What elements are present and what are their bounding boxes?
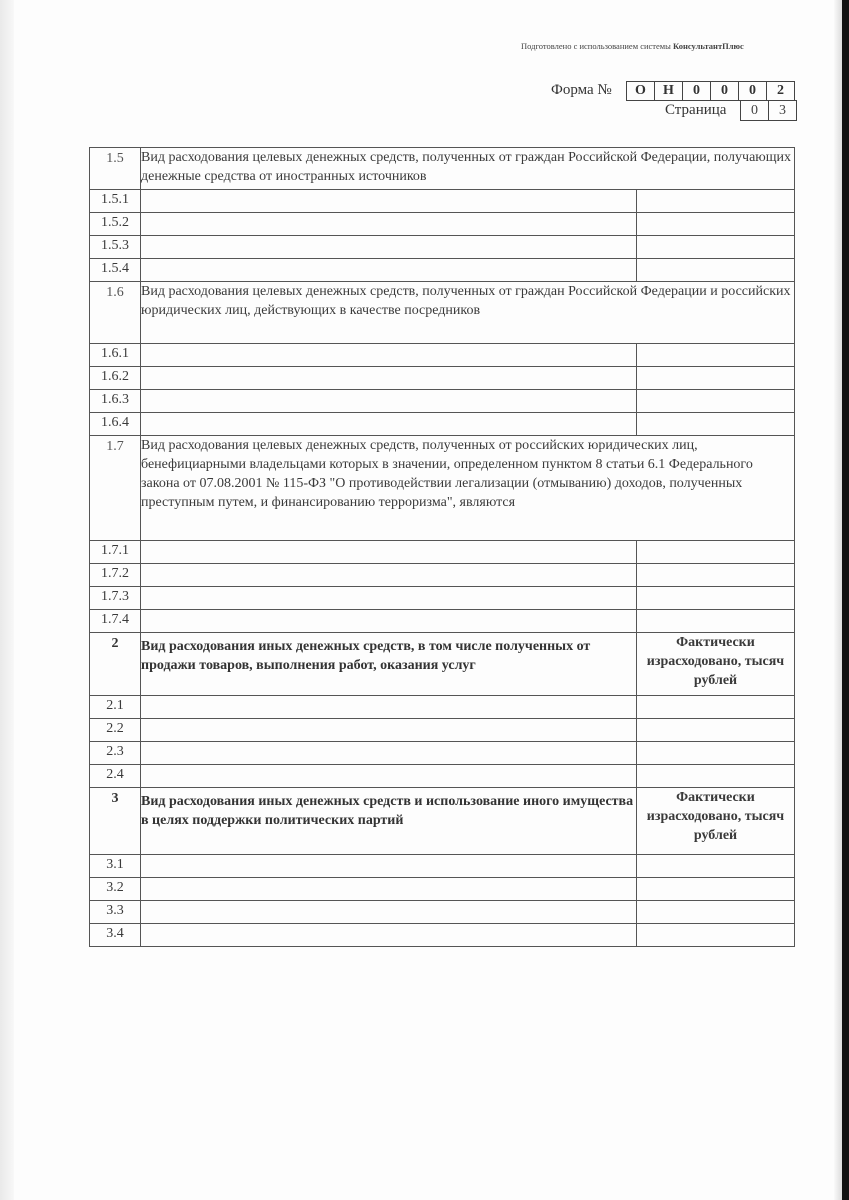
page-number-cell: 0 xyxy=(741,101,769,120)
row-number: 1.7.4 xyxy=(90,610,141,633)
amount-field[interactable] xyxy=(637,236,795,259)
scan-right-edge xyxy=(842,0,849,1200)
table-row: 1.5.2 xyxy=(90,213,795,236)
amount-field[interactable] xyxy=(637,259,795,282)
expense-type-field[interactable] xyxy=(141,390,637,413)
table-row: 1.6.4 xyxy=(90,413,795,436)
row-number: 1.6.4 xyxy=(90,413,141,436)
table-row: 1.6.3 xyxy=(90,390,795,413)
expense-type-field[interactable] xyxy=(141,259,637,282)
table-row: 1.7.1 xyxy=(90,541,795,564)
form-number-cell: 0 xyxy=(711,82,739,100)
section-number: 3 xyxy=(90,788,141,855)
form-number-box: О Н 0 0 0 2 xyxy=(626,81,795,101)
expense-type-field[interactable] xyxy=(141,610,637,633)
row-number: 1.5.4 xyxy=(90,259,141,282)
expense-type-field[interactable] xyxy=(141,236,637,259)
scan-left-edge xyxy=(0,0,14,1200)
row-number: 1.7.2 xyxy=(90,564,141,587)
amount-field[interactable] xyxy=(637,719,795,742)
table-row: 2.4 xyxy=(90,765,795,788)
value-column-header: Фактически израсходовано, тысяч рублей xyxy=(637,633,795,696)
table-row: 2.2 xyxy=(90,719,795,742)
section-title: Вид расходования целевых денежных средст… xyxy=(141,436,795,541)
table-row: 1.7.3 xyxy=(90,587,795,610)
form-number-cell: Н xyxy=(655,82,683,100)
amount-field[interactable] xyxy=(637,367,795,390)
expense-type-field[interactable] xyxy=(141,901,637,924)
row-number: 2.4 xyxy=(90,765,141,788)
scan-right-shade xyxy=(834,0,842,1200)
row-number: 1.5.3 xyxy=(90,236,141,259)
table-row: 3.3 xyxy=(90,901,795,924)
expense-type-field[interactable] xyxy=(141,696,637,719)
table-row: 2.3 xyxy=(90,742,795,765)
amount-field[interactable] xyxy=(637,541,795,564)
row-number: 3.3 xyxy=(90,901,141,924)
section-number: 1.7 xyxy=(90,436,141,541)
form-number-cell: 0 xyxy=(683,82,711,100)
expense-type-field[interactable] xyxy=(141,765,637,788)
amount-field[interactable] xyxy=(637,190,795,213)
form-number-label: Форма № xyxy=(551,82,612,99)
form-number-cell: 0 xyxy=(739,82,767,100)
amount-field[interactable] xyxy=(637,924,795,947)
section-title: Вид расходования целевых денежных средст… xyxy=(141,148,795,190)
value-column-header: Фактически израсходовано, тысяч рублей xyxy=(637,788,795,855)
expense-type-field[interactable] xyxy=(141,344,637,367)
row-number: 1.7.1 xyxy=(90,541,141,564)
section-header-row: 2Вид расходования иных денежных средств,… xyxy=(90,633,795,696)
expense-type-field[interactable] xyxy=(141,878,637,901)
table-row: 1.6.2 xyxy=(90,367,795,390)
row-number: 1.6.1 xyxy=(90,344,141,367)
page-number-label: Страница xyxy=(665,102,726,119)
section-header-row: 3Вид расходования иных денежных средств … xyxy=(90,788,795,855)
section-number: 1.5 xyxy=(90,148,141,190)
expense-type-field[interactable] xyxy=(141,213,637,236)
amount-field[interactable] xyxy=(637,610,795,633)
row-number: 3.4 xyxy=(90,924,141,947)
amount-field[interactable] xyxy=(637,696,795,719)
expense-type-field[interactable] xyxy=(141,367,637,390)
section-title: Вид расходования целевых денежных средст… xyxy=(141,282,795,344)
amount-field[interactable] xyxy=(637,344,795,367)
expenditure-table: 1.5Вид расходования целевых денежных сре… xyxy=(89,147,795,947)
row-number: 1.6.3 xyxy=(90,390,141,413)
amount-field[interactable] xyxy=(637,564,795,587)
amount-field[interactable] xyxy=(637,390,795,413)
table-row: 1.5.4 xyxy=(90,259,795,282)
expense-type-field[interactable] xyxy=(141,587,637,610)
amount-field[interactable] xyxy=(637,587,795,610)
expense-type-field[interactable] xyxy=(141,855,637,878)
table-row: 1.5.1 xyxy=(90,190,795,213)
section-number: 2 xyxy=(90,633,141,696)
table-row: 1.7.4 xyxy=(90,610,795,633)
table-row: 1.5.3 xyxy=(90,236,795,259)
row-number: 1.7.3 xyxy=(90,587,141,610)
row-number: 2.3 xyxy=(90,742,141,765)
table-row: 3.4 xyxy=(90,924,795,947)
form-number-cell: О xyxy=(627,82,655,100)
expense-type-field[interactable] xyxy=(141,742,637,765)
row-number: 1.5.2 xyxy=(90,213,141,236)
expense-type-field[interactable] xyxy=(141,719,637,742)
expense-type-field[interactable] xyxy=(141,564,637,587)
section-number: 1.6 xyxy=(90,282,141,344)
section-title: Вид расходования иных денежных средств, … xyxy=(141,633,637,696)
table-row: 1.6.1 xyxy=(90,344,795,367)
page-number-cell: 3 xyxy=(769,101,796,120)
section-header-row: 1.5Вид расходования целевых денежных сре… xyxy=(90,148,795,190)
row-number: 1.6.2 xyxy=(90,367,141,390)
amount-field[interactable] xyxy=(637,213,795,236)
amount-field[interactable] xyxy=(637,855,795,878)
page-number-box: 0 3 xyxy=(740,100,797,121)
row-number: 2.1 xyxy=(90,696,141,719)
form-number-cell: 2 xyxy=(767,82,794,100)
table-row: 3.1 xyxy=(90,855,795,878)
amount-field[interactable] xyxy=(637,878,795,901)
system-name: КонсультантПлюс xyxy=(673,41,744,51)
expense-type-field[interactable] xyxy=(141,541,637,564)
row-number: 3.2 xyxy=(90,878,141,901)
expense-type-field[interactable] xyxy=(141,413,637,436)
row-number: 3.1 xyxy=(90,855,141,878)
expense-type-field[interactable] xyxy=(141,190,637,213)
section-header-row: 1.7Вид расходования целевых денежных сре… xyxy=(90,436,795,541)
amount-field[interactable] xyxy=(637,742,795,765)
table-row: 3.2 xyxy=(90,878,795,901)
row-number: 2.2 xyxy=(90,719,141,742)
consultant-plus-notice: Подготовлено с использованием системы Ко… xyxy=(521,41,744,51)
amount-field[interactable] xyxy=(637,413,795,436)
prepared-with-text: Подготовлено с использованием системы xyxy=(521,41,671,51)
table-row: 1.7.2 xyxy=(90,564,795,587)
expense-type-field[interactable] xyxy=(141,924,637,947)
table-row: 2.1 xyxy=(90,696,795,719)
amount-field[interactable] xyxy=(637,901,795,924)
section-title: Вид расходования иных денежных средств и… xyxy=(141,788,637,855)
section-header-row: 1.6Вид расходования целевых денежных сре… xyxy=(90,282,795,344)
row-number: 1.5.1 xyxy=(90,190,141,213)
amount-field[interactable] xyxy=(637,765,795,788)
